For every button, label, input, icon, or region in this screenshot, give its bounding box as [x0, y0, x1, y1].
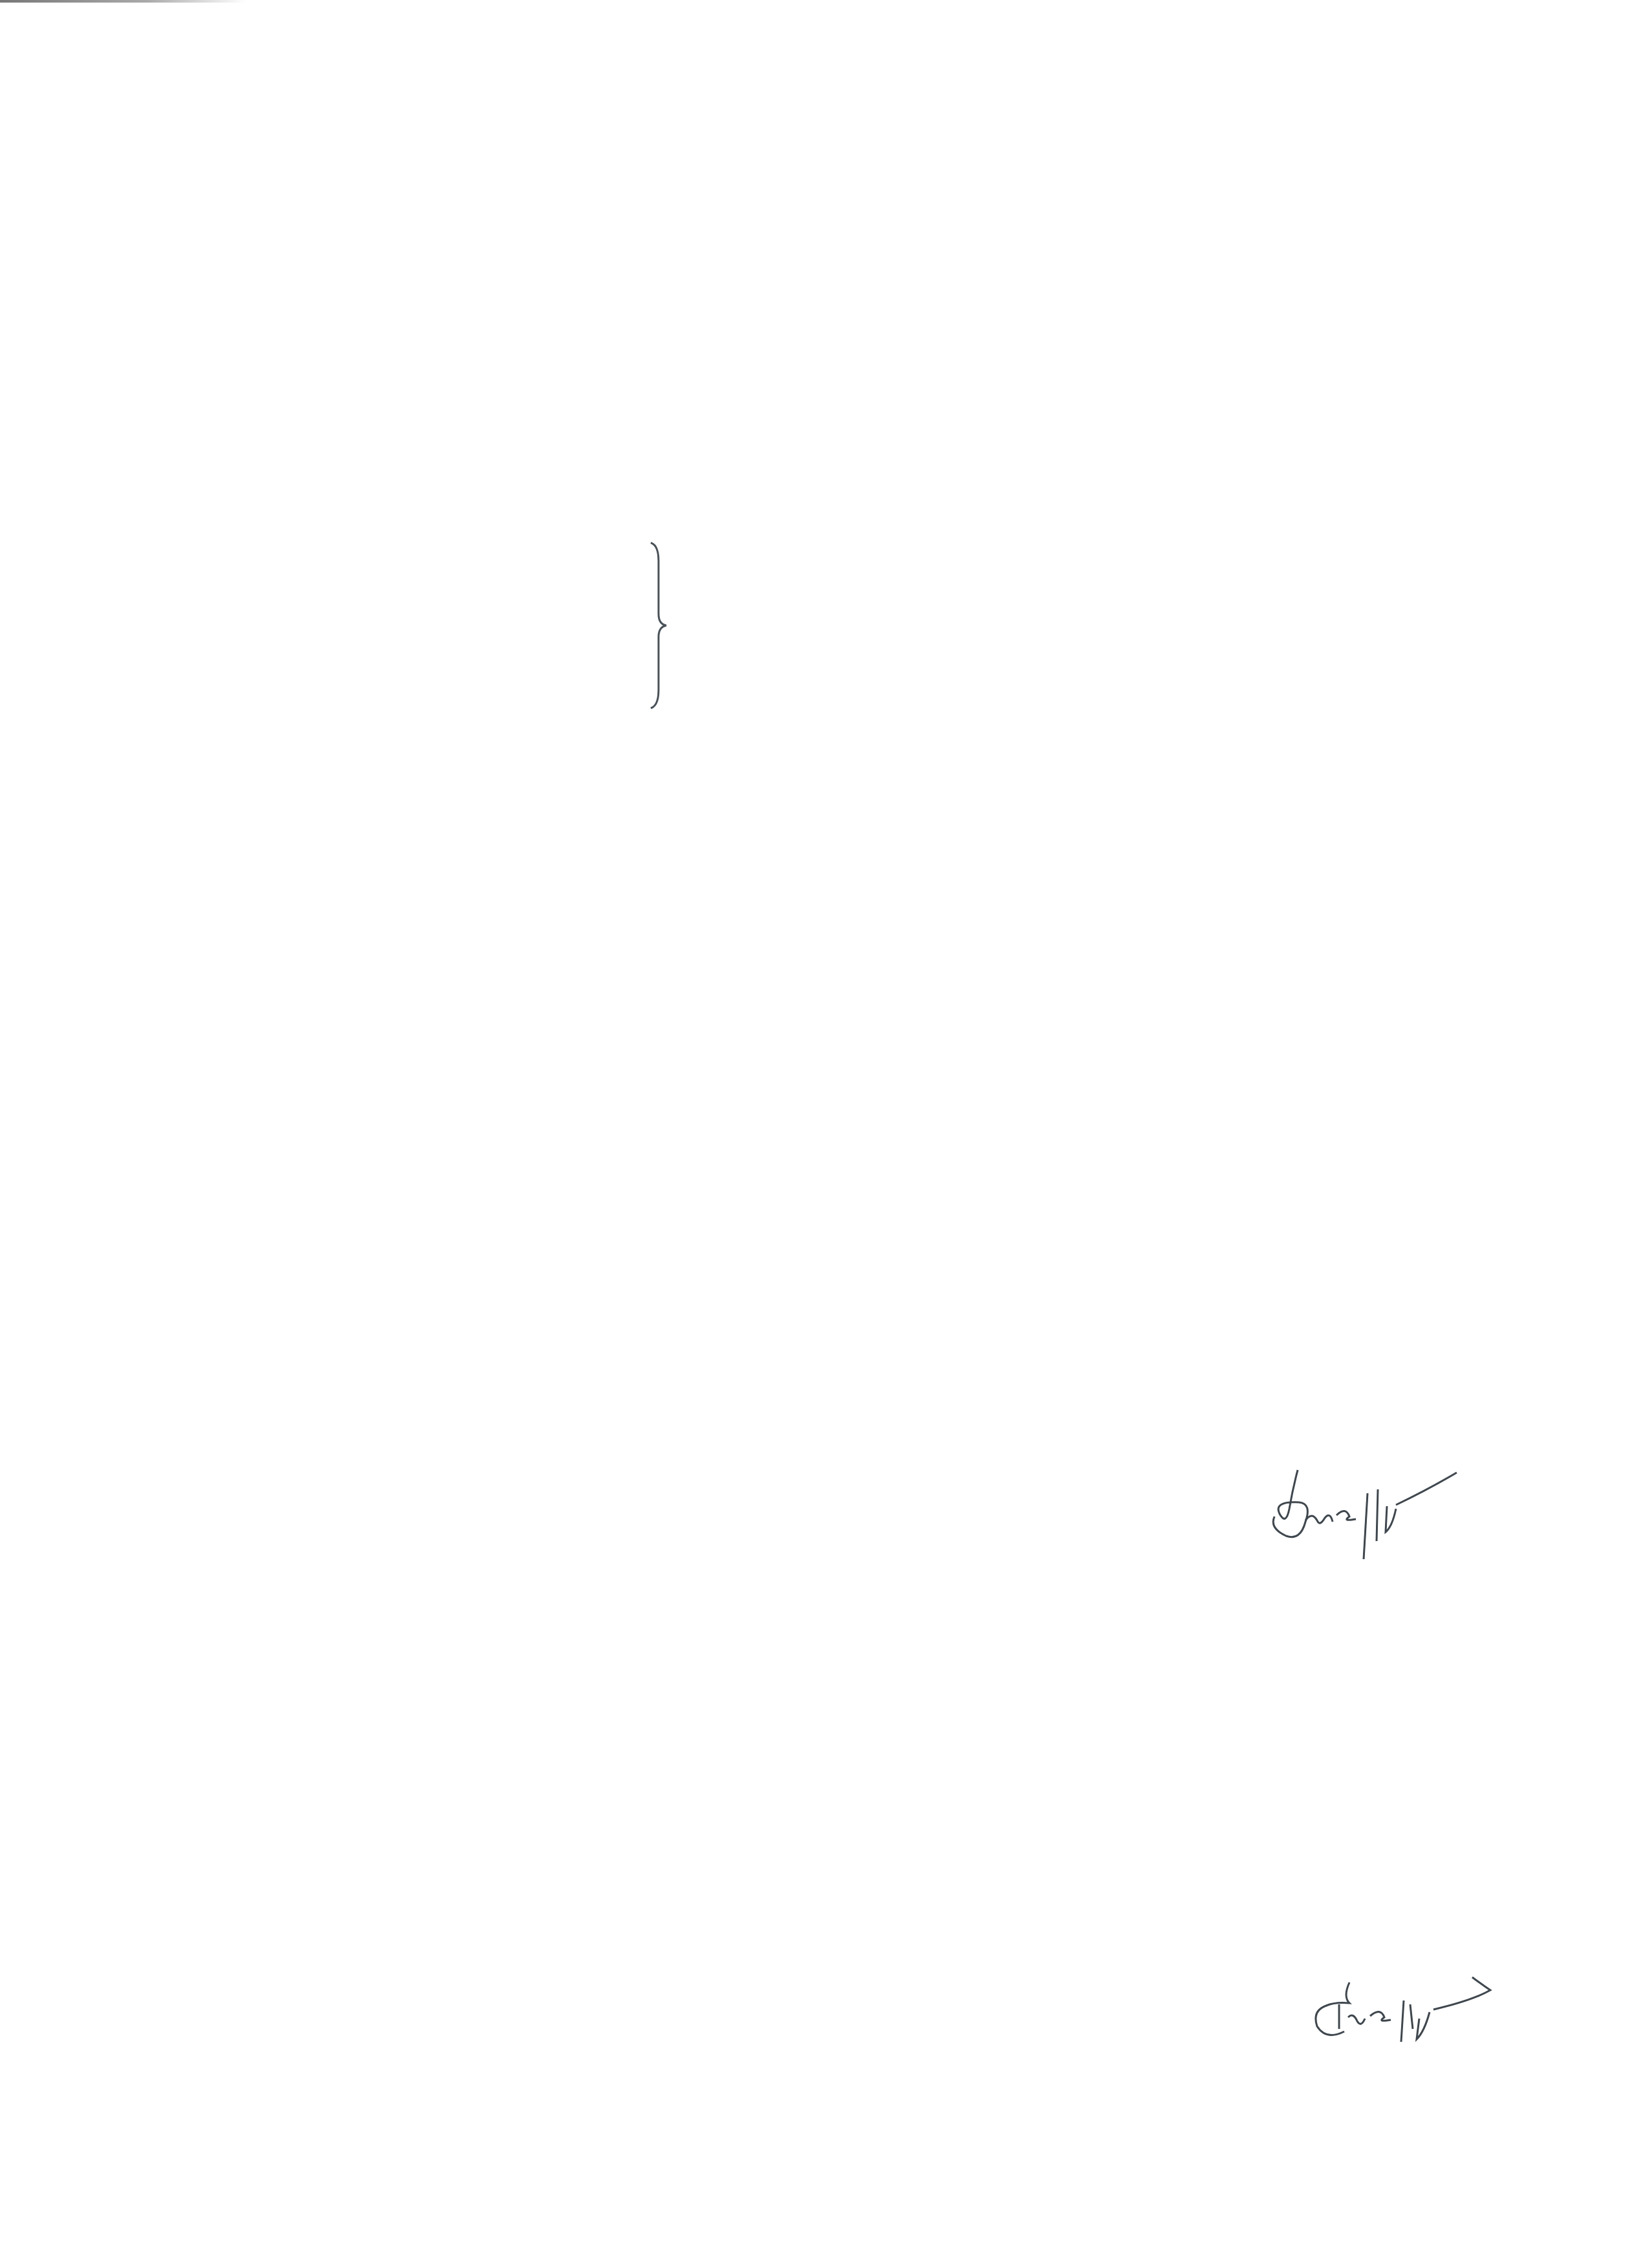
- registrar-signature-icon: [1286, 1964, 1499, 2048]
- registrar-signature-icon: [1260, 1464, 1467, 1560]
- notice-document: [0, 0, 1648, 2268]
- scan-edge-artifact: [0, 0, 246, 3]
- curly-brace-icon: [650, 541, 669, 709]
